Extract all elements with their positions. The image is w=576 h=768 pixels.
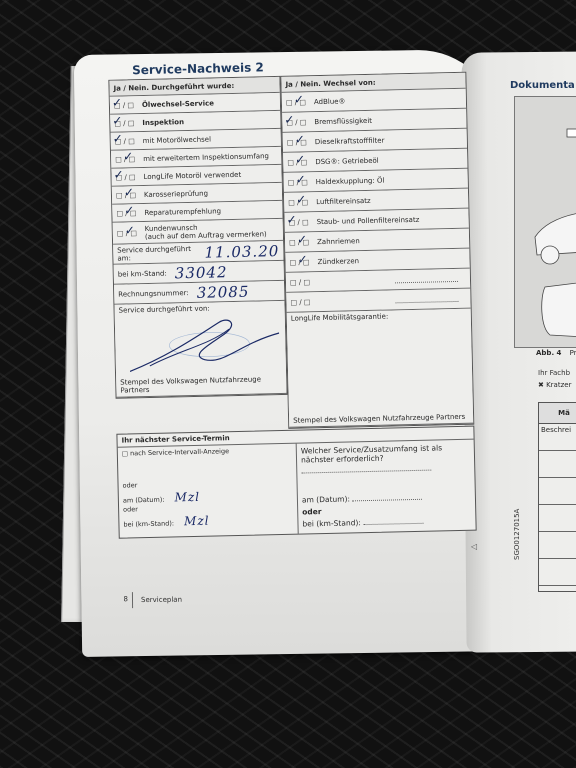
right-km-label: bei (km-Stand): (302, 518, 361, 528)
yes-no-checkbox[interactable]: □ / □✓ (286, 98, 304, 106)
right-or-label: oder (302, 507, 322, 516)
invoice-label: Rechnungsnummer: (118, 289, 189, 299)
right-stamp-label: Stempel des Volkswagen Nutzfahrzeuge Par… (293, 413, 469, 425)
performed-label: Reparaturempfehlung (144, 205, 278, 216)
checkmark-icon: ✓ (297, 232, 307, 246)
checkmark-icon: ✓ (112, 113, 122, 127)
performed-label: LongLife Motoröl verwendet (143, 170, 277, 181)
service-date-value[interactable]: 11.03.20 (204, 241, 279, 261)
damage-table-header: Mä (539, 403, 576, 424)
signature-stamp-icon (129, 313, 280, 376)
checkmark-icon: ✓ (124, 203, 134, 217)
performed-label: Karosserieprüfung (144, 187, 278, 198)
replaced-label: Luftfiltereinsatz (316, 194, 464, 205)
yes-no-checkbox[interactable]: □ / □✓ (288, 198, 306, 206)
damage-table-cell[interactable] (539, 532, 576, 559)
checkmark-icon: ✓ (113, 131, 123, 145)
right-date-row: am (Datum): (302, 493, 423, 505)
mobility-box: LongLife Mobilitätsgarantie: Stempel des… (287, 309, 474, 428)
page-number: 8 (110, 592, 133, 608)
next-km-row: bei (km-Stand): Mzl (123, 514, 209, 530)
performed-label: Ölwechsel-Service (142, 98, 276, 109)
performed-label: mit Motorölwechsel (143, 134, 277, 145)
replaced-label: Dieselkraftstofffilter (315, 134, 463, 145)
checkmark-icon: ✓ (286, 212, 296, 226)
checkmark-icon: ✓ (296, 172, 306, 186)
damage-table: Mä Beschrei (538, 402, 576, 592)
damage-table-cell[interactable] (539, 451, 576, 478)
blank-entry-line[interactable] (395, 275, 458, 283)
checkmark-icon: ✓ (295, 152, 305, 166)
vehicle-figure (514, 96, 576, 348)
checkmark-icon: ✓ (296, 192, 306, 206)
left-stamp-label: Stempel des Volkswagen Nutzfahrzeuge Par… (120, 375, 282, 395)
replaced-column: Ja / Nein. Wechsel von: □ / □✓AdBlue®□ /… (280, 72, 474, 429)
performed-label: mit erweitertem Inspektionsumfang (143, 152, 277, 163)
km-value[interactable]: 33042 (175, 263, 228, 282)
performed-by-label: Service durchgeführt von: (119, 305, 210, 315)
right-date-label: am (Datum): (302, 494, 350, 504)
next-service-question: Welcher Service/Zusatzumfang ist als näc… (301, 443, 470, 465)
yes-no-checkbox[interactable]: □ / □✓ (115, 173, 133, 181)
replaced-label (318, 280, 381, 281)
vehicle-outline-icon (515, 97, 576, 347)
continue-arrow-icon: ◁ (471, 542, 477, 551)
next-service-box: Ihr nächster Service-Termin □ nach Servi… (116, 426, 476, 539)
yes-no-checkbox[interactable]: □ / □✓ (288, 178, 306, 186)
yes-no-checkbox[interactable]: □ / □✓ (287, 138, 305, 146)
replaced-label: DSG®: Getriebeöl (315, 154, 463, 165)
figure-caption-label: Abb. 4 (536, 349, 561, 357)
next-service-left: □ nach Service-Intervall-Anzeige oder am… (118, 444, 299, 538)
yes-no-checkbox[interactable]: □ / □✓ (117, 229, 135, 237)
replaced-label: Zahnriemen (317, 234, 465, 245)
kratzer-legend: ✖ Kratzer (538, 381, 571, 389)
checkmark-icon: ✓ (294, 92, 304, 106)
yes-no-checkbox[interactable]: □ / □✓ (116, 191, 134, 199)
yes-no-checkbox[interactable]: □ / □✓ (286, 118, 304, 126)
performed-label: Inspektion (142, 116, 276, 127)
blank-entry-line[interactable] (395, 295, 458, 303)
yes-no-checkbox[interactable]: □ / □ (290, 278, 308, 286)
or-label-1: oder (122, 481, 137, 489)
next-date-value[interactable]: Mzl (174, 490, 200, 505)
replaced-label: Bremsflüssigkeit (314, 114, 462, 125)
next-date-row: am (Datum): Mzl (123, 490, 200, 506)
section-name: Serviceplan (141, 596, 182, 604)
checkmark-icon: ✓ (112, 95, 122, 109)
checkmark-icon: ✓ (125, 223, 135, 237)
invoice-value[interactable]: 32085 (196, 282, 249, 301)
next-service-right: Welcher Service/Zusatzumfang ist als näc… (297, 440, 476, 534)
replaced-label (318, 300, 381, 301)
damage-table-cell[interactable] (539, 559, 576, 586)
yes-no-checkbox[interactable]: □ / □✓ (115, 155, 133, 163)
interval-option[interactable]: □ nach Service-Intervall-Anzeige (122, 446, 292, 458)
yes-no-checkbox[interactable]: □ / □ (290, 298, 308, 306)
next-date-label: am (Datum): (123, 496, 165, 505)
performed-by-box: Service durchgeführt von: Stempel des Vo… (114, 301, 286, 398)
performed-column: Ja / Nein. Durchgeführt wurde: □ / □✓Ölw… (108, 76, 287, 399)
yes-no-checkbox[interactable]: □ / □✓ (114, 119, 132, 127)
checkmark-icon: ✓ (123, 149, 133, 163)
replaced-label: Haldexkupplung: Öl (316, 174, 464, 185)
right-km-row: bei (km-Stand): (302, 517, 423, 529)
damage-table-cell: Beschrei (539, 424, 576, 451)
figure-caption-text: Pri (570, 349, 576, 357)
replaced-label: AdBlue® (314, 94, 462, 105)
yes-no-checkbox[interactable]: □ / □✓ (289, 258, 307, 266)
damage-table-cell[interactable] (539, 505, 576, 532)
yes-no-checkbox[interactable]: □ / □✓ (114, 101, 132, 109)
damage-table-cell[interactable] (539, 478, 576, 505)
checkmark-icon: ✓ (113, 167, 123, 181)
yes-no-checkbox[interactable]: □ / □✓ (287, 158, 305, 166)
replaced-label: Staub- und Pollenfiltereinsatz (317, 214, 465, 225)
document-code: SGO0127015A (513, 509, 521, 560)
figure-caption: Abb. 4 Pri (536, 349, 576, 357)
replaced-label: Zündkerzen (317, 254, 465, 265)
km-label: bei km-Stand: (118, 269, 167, 278)
next-km-label: bei (km-Stand): (123, 519, 174, 528)
performed-label: Kundenwunsch (auch auf dem Auftrag verme… (145, 221, 279, 240)
right-page-title: Dokumenta (510, 80, 575, 91)
checkmark-icon: ✓ (124, 185, 134, 199)
next-km-value[interactable]: Mzl (184, 514, 210, 529)
yes-no-checkbox[interactable]: □ / □✓ (289, 218, 307, 226)
page-footer: 8 Serviceplan (110, 592, 182, 609)
mobility-label: LongLife Mobilitätsgarantie: (291, 313, 389, 323)
yes-no-checkbox[interactable]: □ / □✓ (116, 209, 134, 217)
or-label-2: oder (123, 505, 138, 513)
yes-no-checkbox[interactable]: □ / □✓ (289, 238, 307, 246)
checkmark-icon: ✓ (295, 132, 305, 146)
yes-no-checkbox[interactable]: □ / □✓ (115, 137, 133, 145)
service-date-label: Service durchgeführt am: (117, 244, 197, 262)
fachbetrieb-text: Ihr Fachb (538, 369, 570, 377)
checkmark-icon: ✓ (284, 112, 294, 126)
checkmark-icon: ✓ (297, 252, 307, 266)
